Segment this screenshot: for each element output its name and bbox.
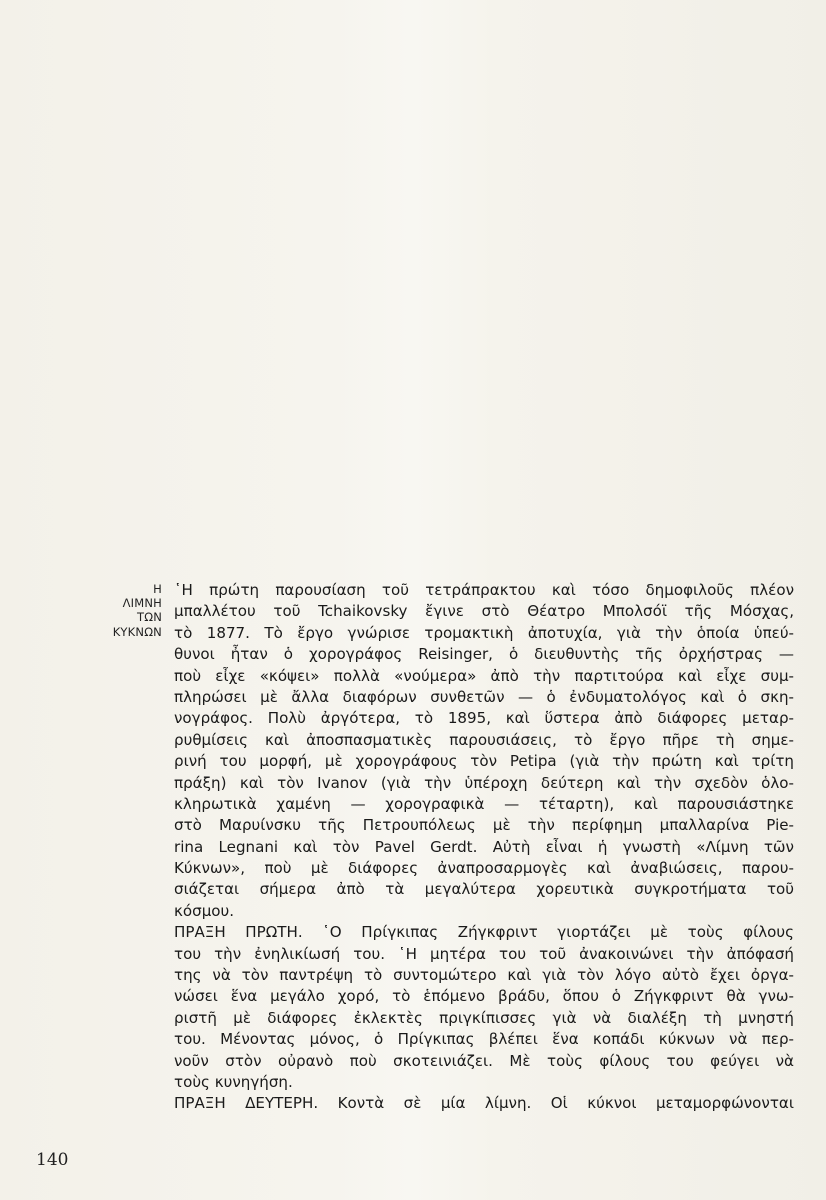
- book-page: Η ΛΙΜΝΗ ΤΩΝ ΚΥΚΝΩΝ ῾Η πρώτη παρουσίαση τ…: [0, 0, 826, 1200]
- text-line: νώσει ἕνα μεγάλο χορό, τὸ ἑπόμενο βράδυ,…: [174, 986, 794, 1007]
- text-line: ΠΡΑΞΗ ΠΡΩΤΗ. ῾Ο Πρίγκιπας Ζήγκφριντ γιορ…: [174, 922, 794, 943]
- text-line: της νὰ τὸν παντρέψη τὸ συντομώτερο καὶ γ…: [174, 965, 794, 986]
- text-line: του τὴν ἐνηλικίωσή του. ῾Η μητέρα του το…: [174, 944, 794, 965]
- text-line: ρινή του μορφή, μὲ χορογράφους τὸν Petip…: [174, 751, 794, 772]
- text-line: του. Μένοντας μόνος, ὁ Πρίγκιπας βλέπει …: [174, 1029, 794, 1050]
- body-text: ῾Η πρώτη παρουσίαση τοῦ τετράπρακτου καὶ…: [174, 580, 794, 1115]
- text-line: νοῦν στὸν οὐρανὸ ποὺ σκοτεινιάζει. Μὲ το…: [174, 1051, 794, 1072]
- text-line: Κύκνων», ποὺ μὲ διάφορες ἀναπροσαρμογὲς …: [174, 858, 794, 879]
- text-line: θυνοι ἦταν ὁ χορογράφος Reisinger, ὁ διε…: [174, 644, 794, 665]
- side-title-line: ΛΙΜΝΗ: [90, 596, 162, 610]
- side-title-line: ΤΩΝ: [90, 610, 162, 624]
- text-line: κόσμου.: [174, 901, 794, 922]
- side-title: Η ΛΙΜΝΗ ΤΩΝ ΚΥΚΝΩΝ: [90, 582, 162, 639]
- text-line: ποὺ εἶχε «κόψει» πολλὰ «νούμερα» ἀπὸ τὴν…: [174, 666, 794, 687]
- text-line: στὸ Μαρυίνσκυ τῆς Πετρουπόλεως μὲ τὴν πε…: [174, 815, 794, 836]
- text-line: μπαλλέτου τοῦ Tchaikovsky ἔγινε στὸ Θέατ…: [174, 601, 794, 622]
- side-title-line: ΚΥΚΝΩΝ: [90, 625, 162, 639]
- side-title-line: Η: [90, 582, 162, 596]
- text-line: ῾Η πρώτη παρουσίαση τοῦ τετράπρακτου καὶ…: [174, 580, 794, 601]
- text-line: ρυθμίσεις καὶ ἀποσπασματικὲς παρουσιάσει…: [174, 730, 794, 751]
- text-line: ριστῆ μὲ διάφορες ἐκλεκτὲς πριγκίπισσες …: [174, 1008, 794, 1029]
- text-line: ΠΡΑΞΗ ΔΕΥΤΕΡΗ. Κοντὰ σὲ μία λίμνη. Οἱ κύ…: [174, 1093, 794, 1114]
- page-number: 140: [36, 1150, 68, 1170]
- text-line: σιάζεται σήμερα ἀπὸ τὰ μεγαλύτερα χορευτ…: [174, 879, 794, 900]
- text-line: νογράφος. Πολὺ ἀργότερα, τὸ 1895, καὶ ὕσ…: [174, 708, 794, 729]
- text-line: πράξη) καὶ τὸν Ivanov (γιὰ τὴν ὑπέροχη δ…: [174, 773, 794, 794]
- text-line: τὸ 1877. Τὸ ἔργο γνώρισε τρομακτικὴ ἀποτ…: [174, 623, 794, 644]
- text-line: rina Legnani καὶ τὸν Pavel Gerdt. Αὐτὴ ε…: [174, 837, 794, 858]
- text-line: πληρώσει μὲ ἄλλα διαφόρων συνθετῶν — ὁ ἐ…: [174, 687, 794, 708]
- text-line: κληρωτικὰ χαμένη — χορογραφικὰ — τέταρτη…: [174, 794, 794, 815]
- text-line: τοὺς κυνηγήση.: [174, 1072, 794, 1093]
